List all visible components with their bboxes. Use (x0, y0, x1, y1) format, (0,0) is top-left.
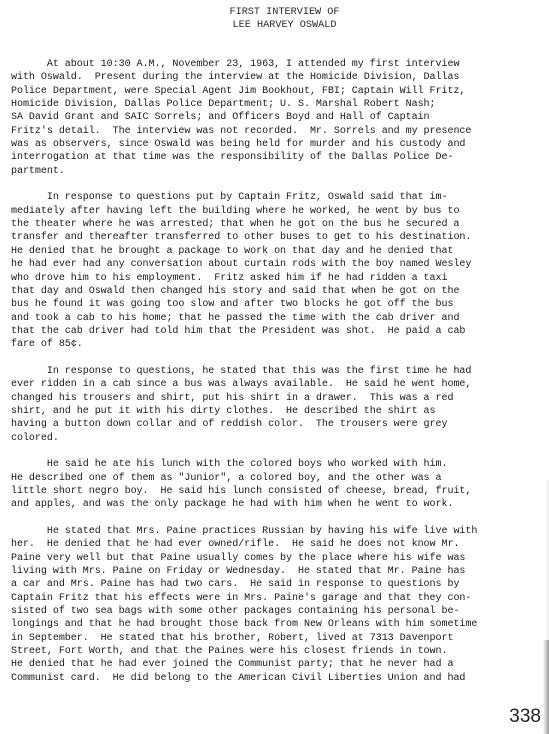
text-line: having a button down collar and of reddi… (11, 418, 531, 431)
text-line: SA David Grant and SAIC Sorrels; and Off… (11, 111, 531, 124)
document-body: At about 10:30 A.M., November 23, 1963, … (11, 58, 531, 699)
document-title: FIRST INTERVIEW OF LEE HARVEY OSWALD (0, 6, 549, 32)
text-line: Fritz's detail. The interview was not re… (11, 125, 531, 138)
text-line: that day and Oswald then changed his sto… (11, 285, 531, 298)
text-line: was as observers, since Oswald was being… (11, 138, 531, 151)
text-line: and took a cab to his home; that he pass… (11, 312, 531, 325)
text-line: living with Mrs. Paine on Friday or Wedn… (11, 565, 531, 578)
text-line: the theater where he was arrested; that … (11, 218, 531, 231)
text-line: who drove him to his employment. Fritz a… (11, 272, 531, 285)
text-line: Communist card. He did belong to the Ame… (11, 672, 531, 685)
text-line: interrogation at that time was the respo… (11, 151, 531, 164)
text-line: He stated that Mrs. Paine practices Russ… (11, 525, 531, 538)
text-line: and apples, and was the only package he … (11, 498, 531, 511)
text-line: shirt, and he put it with his dirty clot… (11, 405, 531, 418)
text-line: Captain Fritz that his effects were in M… (11, 592, 531, 605)
text-line: Paine very well but that Paine usually c… (11, 552, 531, 565)
text-line: He denied that he brought a package to w… (11, 245, 531, 258)
text-line: Street, Fort Worth, and that the Paines … (11, 645, 531, 658)
text-line: He denied that he had ever joined the Co… (11, 658, 531, 671)
text-line: bus he found it was going too slow and a… (11, 298, 531, 311)
paragraph: In response to questions, he stated that… (11, 365, 531, 445)
text-line: Police Department, were Special Agent Ji… (11, 85, 531, 98)
paragraph: In response to questions put by Captain … (11, 191, 531, 351)
text-line: longings and that he had brought those b… (11, 618, 531, 631)
text-line: sisted of two sea bags with some other p… (11, 605, 531, 618)
text-line: a car and Mrs. Paine has had two cars. H… (11, 578, 531, 591)
text-line: partment. (11, 165, 531, 178)
text-line: fare of 85¢. (11, 338, 531, 351)
text-line: Homicide Division, Dallas Police Departm… (11, 98, 531, 111)
paragraph: He stated that Mrs. Paine practices Russ… (11, 525, 531, 685)
title-line-1: FIRST INTERVIEW OF (0, 6, 549, 19)
page-edge-binding (543, 640, 549, 734)
text-line: little short negro boy. He said his lunc… (11, 485, 531, 498)
text-line: colored. (11, 432, 531, 445)
text-line: In response to questions, he stated that… (11, 365, 531, 378)
paragraph: At about 10:30 A.M., November 23, 1963, … (11, 58, 531, 178)
page-number: 338 (509, 706, 541, 728)
text-line: changed his trousers and shirt, put his … (11, 392, 531, 405)
text-line: mediately after having left the building… (11, 205, 531, 218)
text-line: he had ever had any conversation about c… (11, 258, 531, 271)
text-line: In response to questions put by Captain … (11, 191, 531, 204)
text-line: that the cab driver had told him that th… (11, 325, 531, 338)
text-line: with Oswald. Present during the intervie… (11, 71, 531, 84)
page-edge-shadow (545, 480, 549, 640)
document-page: FIRST INTERVIEW OF LEE HARVEY OSWALD At … (0, 0, 549, 734)
text-line: At about 10:30 A.M., November 23, 1963, … (11, 58, 531, 71)
text-line: transfer and thereafter transferred to o… (11, 231, 531, 244)
text-line: He described one of them as "Junior", a … (11, 472, 531, 485)
text-line: in September. He stated that his brother… (11, 632, 531, 645)
text-line: He said he ate his lunch with the colore… (11, 458, 531, 471)
paragraph: He said he ate his lunch with the colore… (11, 458, 531, 511)
title-line-2: LEE HARVEY OSWALD (0, 19, 549, 32)
text-line: ever ridden in a cab since a bus was alw… (11, 378, 531, 391)
text-line: her. He denied that he had ever owned/ri… (11, 538, 531, 551)
